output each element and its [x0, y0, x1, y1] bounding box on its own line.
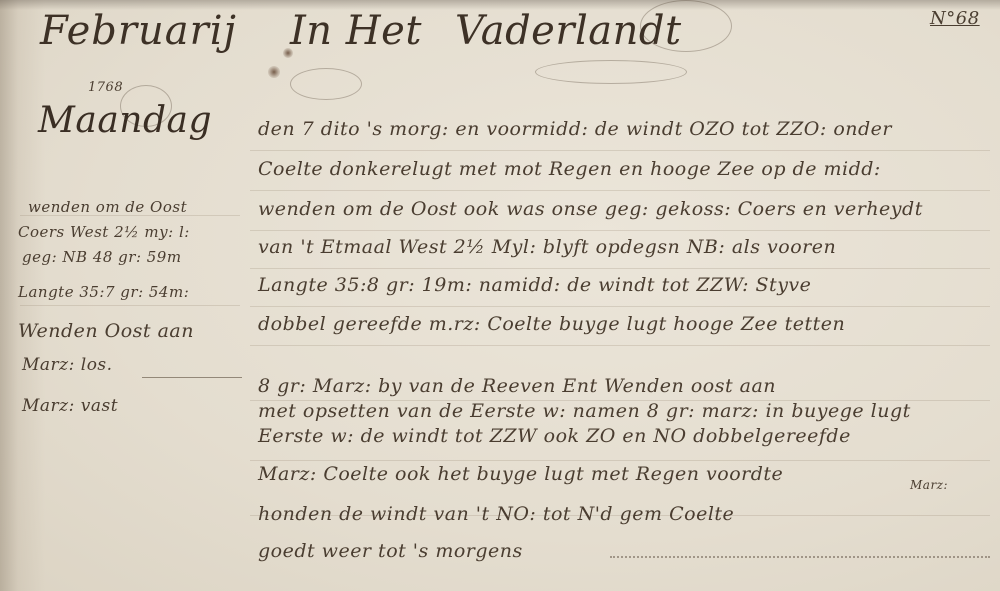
log-line: goedt weer tot 's morgens	[258, 540, 523, 562]
ruled-line	[250, 268, 990, 269]
log-line: Coelte donkerelugt met mot Regen en hoog…	[258, 158, 881, 180]
ink-blot	[268, 66, 280, 78]
ruled-line	[250, 150, 990, 151]
log-line: Langte 35:8 gr: 19m: namidd: de windt to…	[258, 274, 811, 296]
interlinear-note: Marz:	[910, 478, 948, 492]
margin-note: wenden om de Oost	[28, 198, 187, 216]
log-line: wenden om de Oost ook was onse geg: geko…	[258, 198, 923, 220]
margin-note: Coers West 2½ my: l:	[18, 223, 190, 241]
entry-weekday: Maandag	[38, 100, 212, 141]
pen-flourish	[290, 68, 362, 100]
ship-name: Vaderlandt	[455, 8, 682, 54]
margin-dash	[142, 377, 242, 378]
entry-year: 1768	[88, 80, 123, 95]
ruled-line	[250, 190, 990, 191]
ruled-line	[250, 345, 990, 346]
margin-note: geg: NB 48 gr: 59m	[22, 248, 182, 266]
log-line: den 7 dito 's morg: en voormidd: de wind…	[258, 118, 892, 140]
end-of-entry-rule	[610, 556, 990, 558]
log-line: Marz: Coelte ook het buyge lugt met Rege…	[258, 463, 783, 485]
log-line: Eerste w: de windt tot ZZW ook ZO en NO …	[258, 425, 851, 447]
log-line: honden de windt van 't NO: tot N'd gem C…	[258, 503, 734, 525]
log-line: dobbel gereefde m.rz: Coelte buyge lugt …	[258, 313, 845, 335]
ship-prefix: In Het	[290, 8, 422, 54]
ruled-line	[250, 306, 990, 307]
ruled-line	[250, 230, 990, 231]
log-line: met opsetten van de Eerste w: namen 8 gr…	[258, 400, 911, 422]
logbook-page: Februarij In Het Vaderlandt N°68 1768 Ma…	[0, 0, 1000, 591]
ruled-line	[250, 460, 990, 461]
folio-number: N°68	[930, 8, 980, 29]
log-line: van 't Etmaal West 2½ Myl: blyft opdegsn…	[258, 236, 836, 258]
pen-flourish	[535, 60, 687, 84]
margin-note: Langte 35:7 gr: 54m:	[18, 283, 189, 301]
margin-note: Marz: los.	[22, 355, 113, 375]
ruled-line	[20, 305, 240, 306]
margin-note: Marz: vast	[22, 396, 118, 416]
margin-note: Wenden Oost aan	[18, 320, 194, 342]
log-line: 8 gr: Marz: by van de Reeven Ent Wenden …	[258, 375, 776, 397]
month-title: Februarij	[40, 8, 237, 54]
